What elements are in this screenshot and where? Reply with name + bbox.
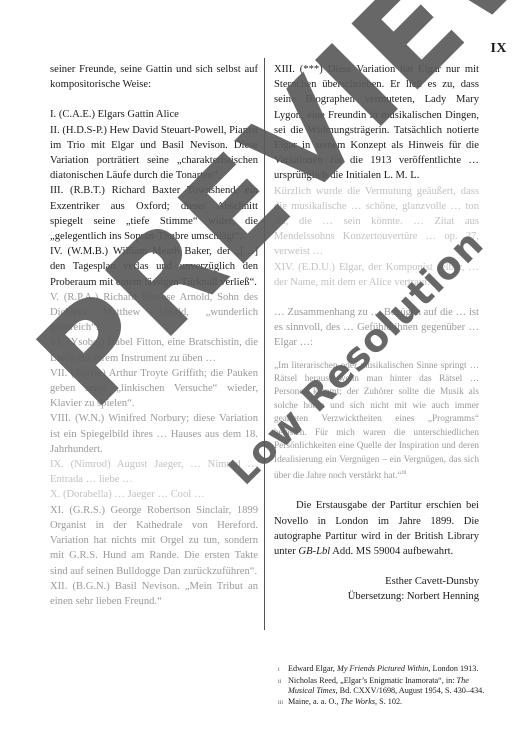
left-column: seiner Freunde, seine Gattin und sich se… xyxy=(50,62,258,609)
variation-4: IV. (W.M.B.) William Meath Baker, der „[… xyxy=(50,244,258,290)
footnotes: i Edward Elgar, My Friends Pictured With… xyxy=(278,664,488,708)
intro-paragraph: seiner Freunde, seine Gattin und sich se… xyxy=(50,62,258,92)
variation-3: III. (R.B.T.) Richard Baxter Townshend, … xyxy=(50,183,258,244)
column-divider xyxy=(264,58,265,630)
translator-credit: Übersetzung: Norbert Henning xyxy=(274,589,479,604)
variation-2: II. (H.D.S-P.) Hew David Steuart-Powell,… xyxy=(50,123,258,184)
variation-13: XIII. (***) Diese Variation hat Elgar nu… xyxy=(274,62,479,184)
variation-8: VIII. (W.N.) Winifred Norbury; diese Var… xyxy=(50,411,258,457)
variation-10: X. (Dorabella) … Jaeger … Cool … xyxy=(50,487,258,502)
variation-12: XII. (B.G.N.) Basil Nevison. „Mein Tribu… xyxy=(50,579,258,609)
edition-note: Die Erstausgabe der Partitur erschien be… xyxy=(274,498,479,559)
variation-1: I. (C.A.E.) Elgars Gattin Alice xyxy=(50,107,258,122)
variation-9: IX. (Nimrod) August Jaeger, … Nimrod … E… xyxy=(50,457,258,487)
variation-11: XI. (G.R.S.) George Robertson Sinclair, … xyxy=(50,503,258,579)
variation-6: VI. (Ysobel) Isabel Fitton, eine Bratsch… xyxy=(50,335,258,365)
footnote-1: i Edward Elgar, My Friends Pictured With… xyxy=(278,664,488,676)
context-paragraph: … Zusammenhang zu … Bezügen auf die … is… xyxy=(274,305,479,351)
variation-14: XIV. (E.D.U.) Elgar, der Komponist selbe… xyxy=(274,260,479,290)
footnote-2: ii Nicholas Reed, „Elgar’s Enigmatic Ina… xyxy=(278,676,488,697)
variation-7: VII. (Troyte) Arthur Troyte Griffith; di… xyxy=(50,366,258,412)
elgar-quote: „Im literarischen oder musikalischen Sin… xyxy=(274,360,479,484)
right-column: XIII. (***) Diese Variation hat Elgar nu… xyxy=(274,62,479,605)
author-name: Esther Cavett-Dunsby xyxy=(274,574,479,589)
variation-5: V. (R.P.A.) Richard Penrose Arnold, Sohn… xyxy=(50,290,258,336)
footnote-ref: iii xyxy=(402,470,407,476)
variation-13-continued: Kürzlich wurde die Vermutung geäußert, d… xyxy=(274,184,479,260)
page-number: IX xyxy=(490,41,507,57)
footnote-3: iii Maine, a. a. O., The Works, S. 102. xyxy=(278,697,488,709)
